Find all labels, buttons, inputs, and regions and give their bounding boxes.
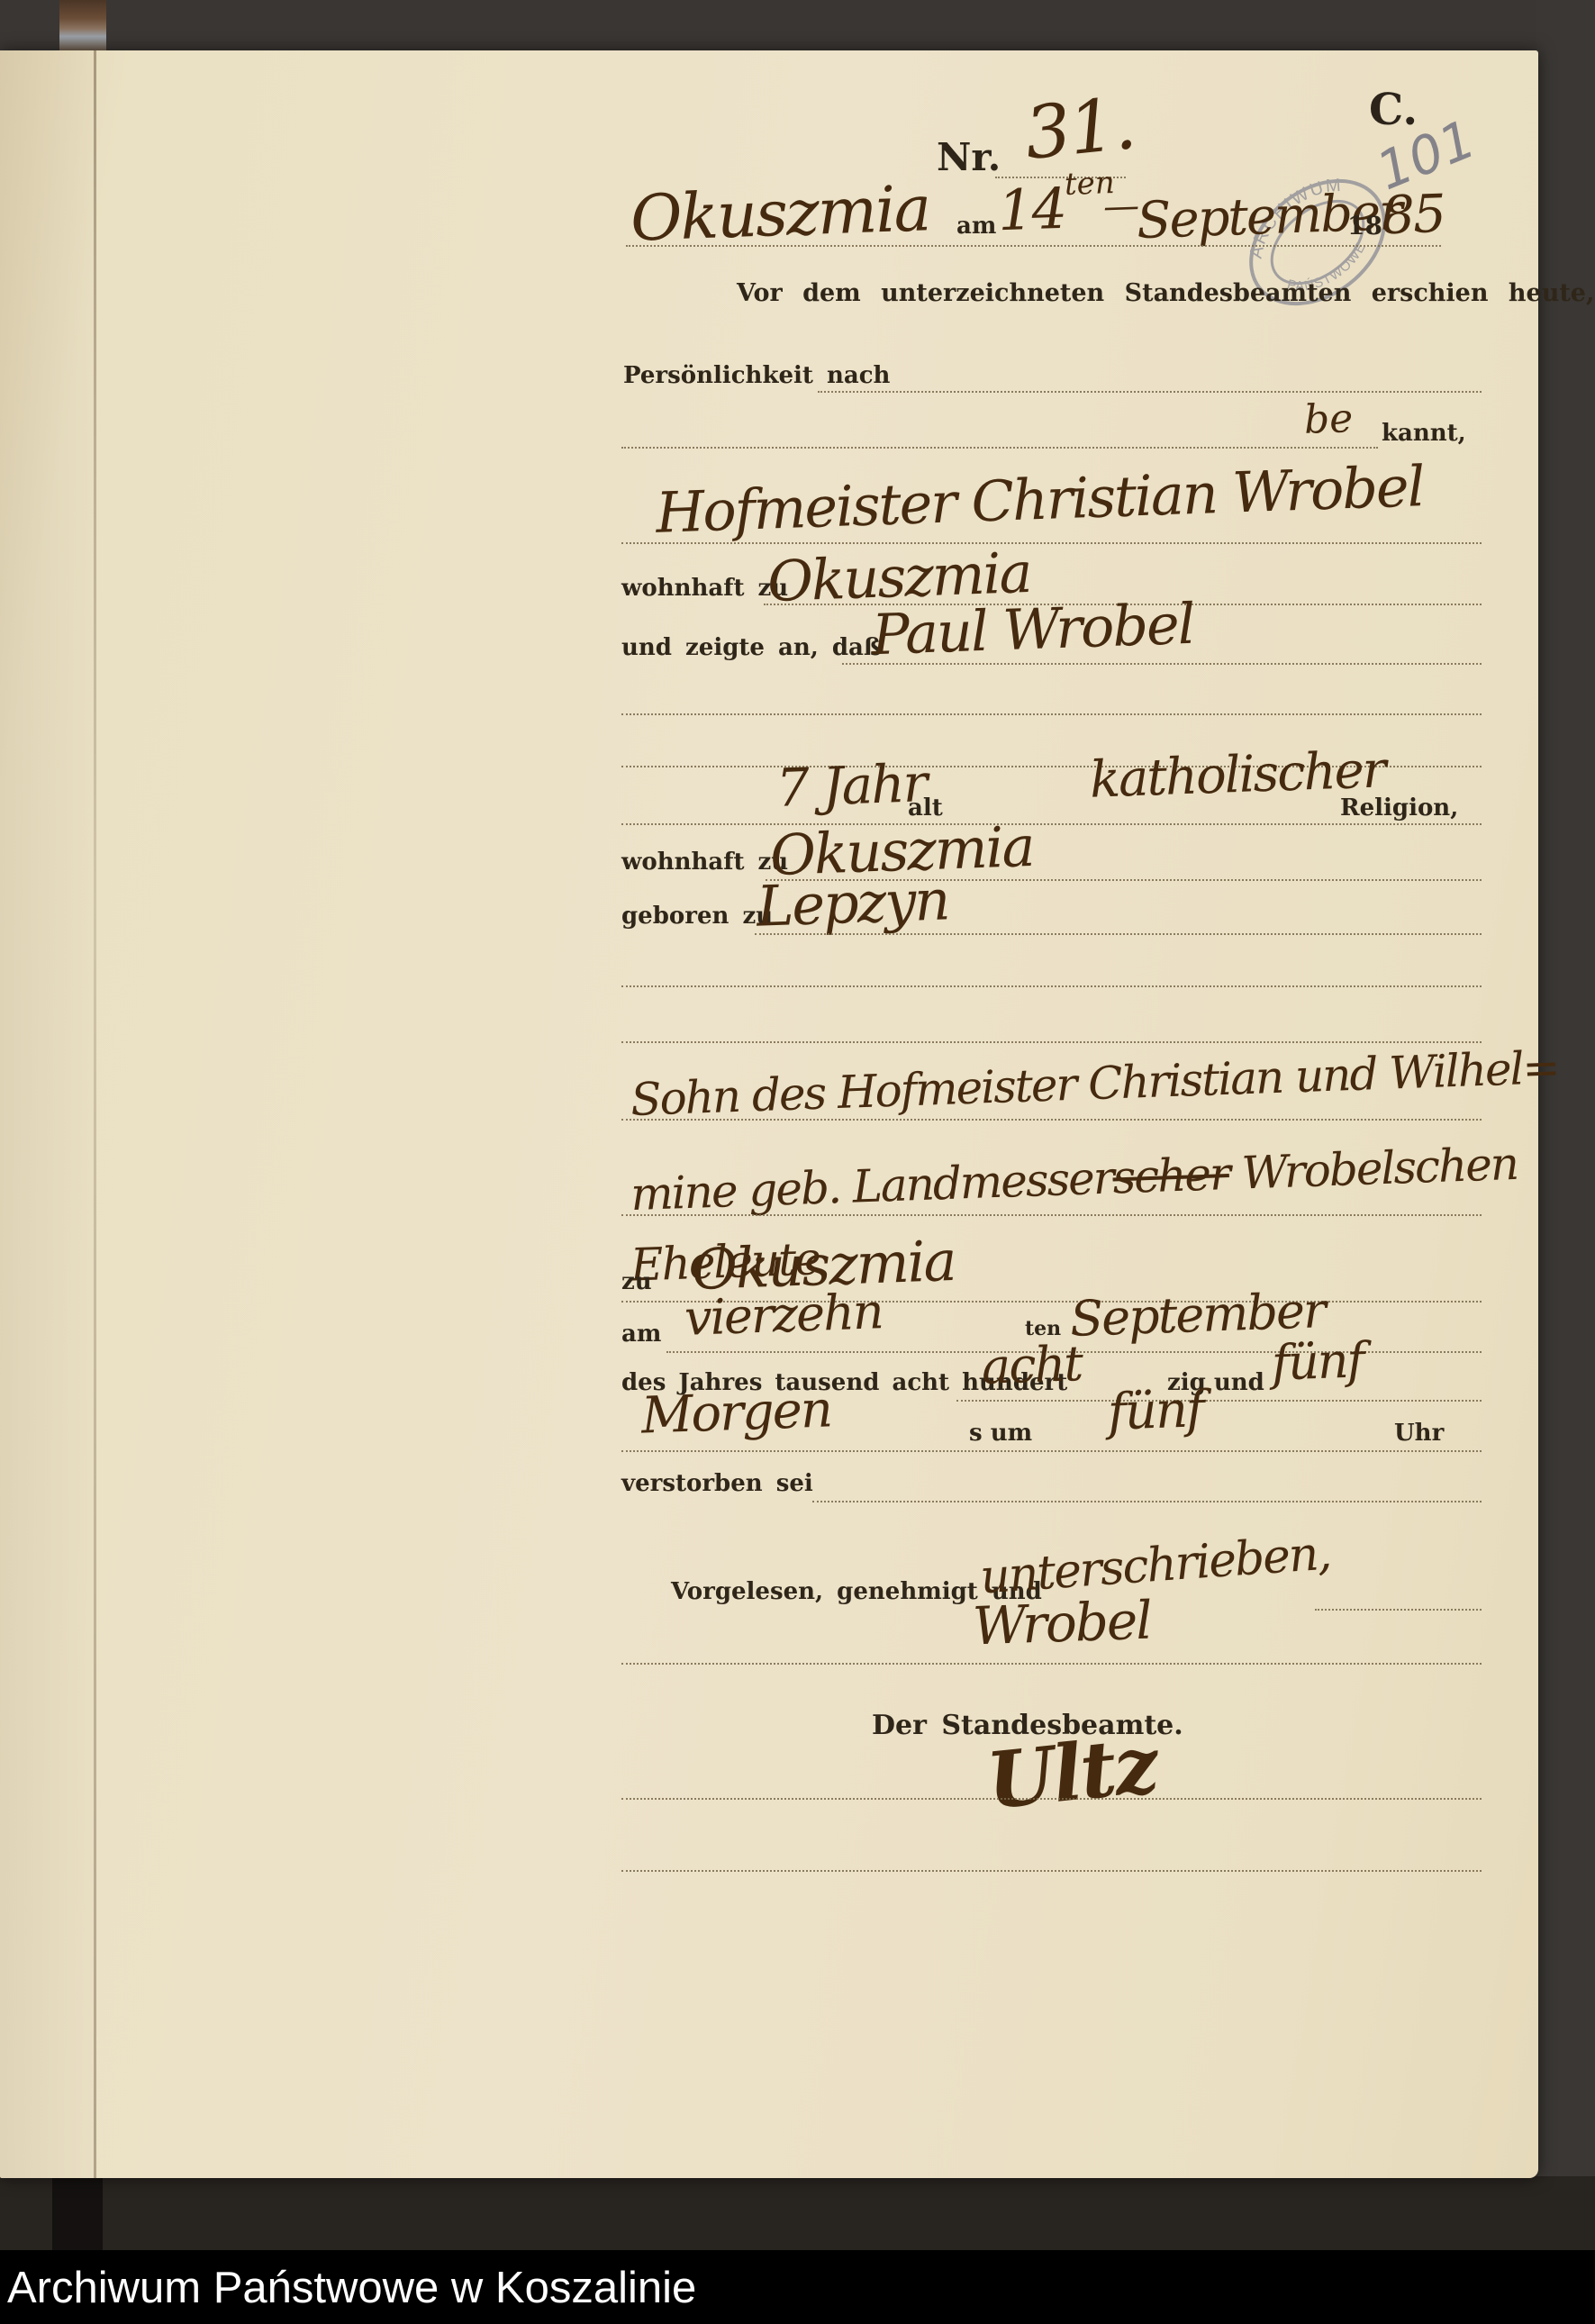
hw-declarant-name: Hofmeister Christian Wrobel — [655, 453, 1425, 546]
hw-be: be — [1303, 395, 1354, 443]
dotted-line — [621, 1661, 1482, 1665]
printed-kannt: kannt, — [1382, 420, 1466, 447]
hw-parents-line1: Sohn des Hofmeister Christian und Wilhel… — [630, 1041, 1559, 1126]
hw-parents-line2a: mine geb. Landmesser — [630, 1152, 1113, 1221]
hw-parents-line2: mine geb. Landmesserscher Wrobelschen — [630, 1138, 1518, 1221]
hw-dash: — — [1102, 185, 1140, 227]
dotted-line — [621, 540, 1482, 544]
record-number-value: 31. — [1020, 81, 1137, 176]
book-cover-edge — [52, 2171, 103, 2259]
hw-signature-declarant: Wrobel — [972, 1590, 1152, 1657]
dotted-line — [626, 243, 1441, 247]
dotted-line — [621, 445, 1378, 449]
printed-persoenlichkeit: Persönlichkeit nach — [623, 362, 890, 389]
dotted-line — [621, 1212, 1482, 1216]
hw-death-day: vierzehn — [684, 1283, 884, 1347]
hw-year-decade: acht — [981, 1335, 1083, 1395]
dotted-line — [621, 1117, 1482, 1121]
hw-parents-line2-struck: scher — [1111, 1148, 1229, 1203]
dotted-line — [621, 1796, 1482, 1800]
hw-parents-line2b: Wrobelschen — [1228, 1138, 1518, 1200]
book-spine-fragment — [59, 0, 106, 52]
hw-day: 14 — [997, 176, 1066, 244]
printed-year-prefix: 18 — [1347, 211, 1382, 241]
printed-religion: Religion, — [1340, 794, 1458, 822]
printed-s-um: s um — [969, 1420, 1032, 1447]
scanned-record-page: { "page": { "nr_label": "Nr.", "nr_value… — [0, 0, 1595, 2324]
hw-age: 7 Jahr — [775, 752, 928, 819]
scanner-background-right — [1536, 0, 1595, 2259]
dotted-line — [1315, 1607, 1482, 1611]
printed-wohnhaft-2: wohnhaft zu — [621, 849, 788, 876]
printed-geboren: geboren zu — [621, 903, 773, 930]
scanner-background-top — [0, 0, 1595, 50]
archive-caption-bar: Archiwum Państwowe w Koszalinie — [0, 2250, 1595, 2324]
page-margin-shade — [0, 50, 94, 2178]
dotted-line — [812, 1499, 1482, 1502]
printed-am: am — [956, 213, 996, 240]
document-page: Nr. 31. ARCHIWUM PAŃSTWOWE C. 101 Okuszm… — [0, 50, 1538, 2178]
hw-signature-registrar: Ultz — [983, 1719, 1161, 1827]
archive-caption-text: Archiwum Państwowe w Koszalinie — [7, 2263, 696, 2313]
printed-am-2: am — [621, 1321, 661, 1348]
dotted-line — [621, 1039, 1482, 1043]
dotted-line — [956, 1398, 1482, 1402]
dotted-line — [621, 1868, 1482, 1872]
dotted-line — [818, 389, 1482, 393]
printed-uhr: Uhr — [1394, 1420, 1444, 1447]
hw-year-unit: fünf — [1271, 1331, 1364, 1392]
printed-verstorben: verstorben sei — [621, 1470, 813, 1497]
dotted-line — [621, 822, 1482, 825]
printed-zu: zu — [621, 1268, 652, 1295]
hw-year: 85 — [1381, 183, 1445, 246]
hw-time-of-day: Morgen — [640, 1380, 832, 1445]
printed-intro: Vor dem unterzeichneten Standesbeamten e… — [737, 279, 1595, 307]
printed-zeigte: und zeigte an, daß — [621, 634, 882, 661]
dotted-line — [621, 1448, 1482, 1452]
hw-birthplace: Lepzyn — [756, 867, 950, 939]
dotted-line — [621, 712, 1482, 715]
dotted-line — [842, 661, 1482, 665]
hw-deceased-name: Paul Wrobel — [871, 591, 1195, 667]
hw-hour: fünf — [1107, 1380, 1204, 1442]
page-fold-crease — [94, 50, 96, 2178]
dotted-line — [621, 984, 1482, 987]
scanner-background-bottom — [0, 2176, 1595, 2259]
dotted-line — [755, 931, 1482, 935]
record-number-label: Nr. — [937, 135, 1001, 179]
printed-wohnhaft-1: wohnhaft zu — [621, 575, 788, 602]
